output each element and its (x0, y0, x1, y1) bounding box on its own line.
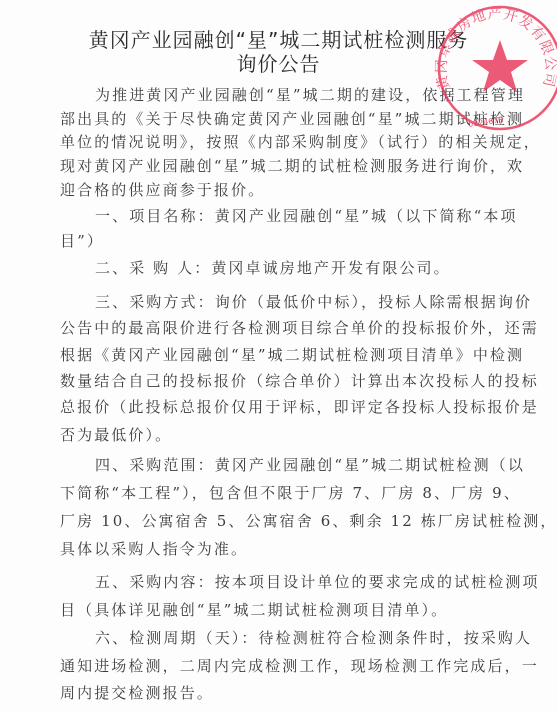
body-line: 四、采购范围：黄冈产业园融创“星”城二期试桩检测（以 (95, 456, 525, 474)
body-line: 迎合格的供应商参于报价。 (60, 181, 490, 199)
body-line: 部出具的《关于尽快确定黄冈产业园融创“星”城二期试桩检测 (60, 110, 490, 128)
body-line: 具体以采购人指令为准。 (60, 540, 490, 558)
body-line: 总报价（此投标总报价仅用于评标，即评定各投标人投标报价是 (60, 398, 490, 416)
body-line: 三、采购方式：询价（最低价中标），投标人除需根据询价 (95, 293, 525, 311)
body-line: 目（具体详见融创“星”城二期试桩检测项目清单）。 (60, 601, 490, 619)
body-line: 单位的情况说明》，按照《内部采购制度》（试行）的相关规定， (60, 133, 490, 151)
body-line: 通知进场检测，二周内完成检测工作，现场检测工作完成后，一 (60, 657, 490, 675)
body-line: 六、检测周期（天）：待检测桩符合检测条件时，按采购人 (95, 629, 525, 647)
body-line: 下简称“本工程”），包含但不限于厂房 7、厂房 8、厂房 9、 (60, 484, 490, 502)
document-title-line2: 询价公告 (0, 48, 557, 77)
body-line: 目”） (60, 232, 490, 250)
body-line: 现对黄冈产业园融创“星”城二期的试桩检测服务进行询价，欢 (60, 157, 490, 175)
body-line: 公告中的最高限价进行各检测项目综合单价的投标报价外，还需 (60, 319, 490, 337)
body-line: 数量结合自己的投标报价（综合单价）计算出本次投标人的投标 (60, 372, 490, 390)
body-line: 二、采 购 人：黄冈卓诚房地产开发有限公司。 (95, 259, 525, 277)
body-line: 否为最低价）。 (60, 426, 490, 444)
body-line: 厂房 10、公寓宿舍 5、公寓宿舍 6、剩余 12 栋厂房试桩检测， (60, 512, 490, 530)
body-line: 周内提交检测报告。 (60, 684, 490, 702)
body-line: 为推进黄冈产业园融创“星”城二期的建设，依据工程管理 (95, 86, 525, 104)
body-line: 根据《黄冈产业园融创“星”城二期试桩检测项目清单》中检测 (60, 346, 490, 364)
body-line: 一、项目名称：黄冈产业园融创“星”城（以下简称“本项 (95, 207, 525, 225)
document-page: 黄冈产业园融创“星”城二期试桩检测服务 询价公告 为推进黄冈产业园融创“星”城二… (0, 0, 557, 713)
body-line: 五、采购内容：按本项目设计单位的要求完成的试桩检测项 (95, 573, 525, 591)
